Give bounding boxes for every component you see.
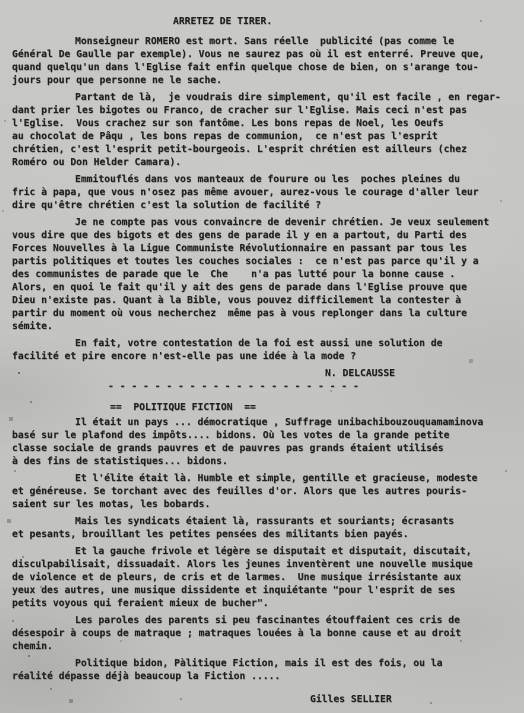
article-faith: Monseigneur ROMERO est mort. Sans réelle… — [12, 35, 516, 380]
separator-line: - - - - - - - - - - - - - - - - - - - - … — [108, 380, 516, 393]
paragraph: En fait, votre contestation de la foi es… — [12, 337, 516, 363]
paragraph: Les paroles des parents si peu fascinant… — [12, 614, 516, 653]
paragraph: Politique bidon, Pàlitique Fiction, mais… — [12, 657, 516, 683]
scan-noise-specks — [0, 0, 2, 2]
author-signature: Gilles SELLIER — [310, 693, 516, 706]
paragraph: Et la gauche frivole et légère se disput… — [12, 545, 516, 610]
paragraph: Monseigneur ROMERO est mort. Sans réelle… — [12, 35, 516, 87]
paragraph: Emmitouflés dans vos manteaux de fourure… — [12, 173, 516, 212]
page-title: ARRETEZ DE TIRER. — [173, 15, 516, 28]
paragraph: Et l'élite était là. Humble et simple, g… — [12, 472, 516, 511]
section-heading: == POLITIQUE FICTION == — [110, 401, 516, 414]
scanned-page: ARRETEZ DE TIRER. Monseigneur ROMERO est… — [0, 0, 524, 713]
article-politics: == POLITIQUE FICTION == Il était un pays… — [12, 401, 516, 706]
paragraph: Partant de là, je voudrais dire simpleme… — [12, 91, 516, 169]
paragraph: Je ne compte pas vous convaincre de deve… — [12, 216, 516, 333]
author-signature: N. DELCAUSSE — [325, 367, 516, 380]
paragraph: Il était un pays ... démocratique , Suff… — [12, 416, 516, 468]
paragraph: Mais les syndicats étaient là, rassurant… — [12, 515, 516, 541]
